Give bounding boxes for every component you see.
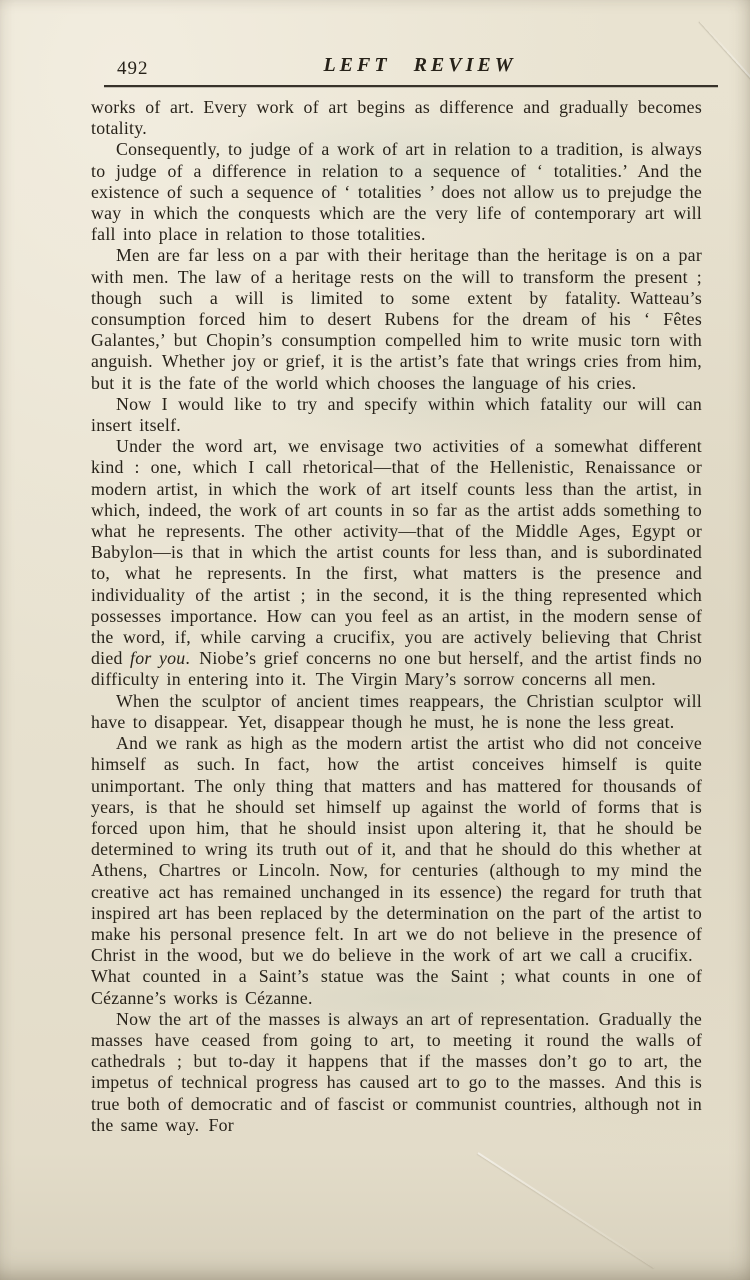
journal-title: LEFT REVIEW (0, 54, 750, 77)
paragraph: Under the word art, we envisage two acti… (91, 436, 702, 690)
paragraph: Men are far less on a par with their her… (91, 245, 702, 393)
header-rule (104, 85, 718, 87)
page-header: 492 LEFT REVIEW (0, 54, 750, 84)
paper-crease-bottom (477, 1152, 654, 1268)
scanned-page: 492 LEFT REVIEW works of art. Every work… (0, 0, 750, 1280)
paragraph: And we rank as high as the modern artist… (91, 733, 702, 1009)
paragraph: Now I would like to try and specify with… (91, 394, 702, 436)
article-body: works of art. Every work of art begins a… (91, 97, 702, 1136)
paragraph: Now the art of the masses is always an a… (91, 1009, 702, 1136)
paragraph: works of art. Every work of art begins a… (91, 97, 702, 139)
paragraph: When the sculptor of ancient times reapp… (91, 691, 702, 733)
paragraph: Consequently, to judge of a work of art … (91, 139, 702, 245)
